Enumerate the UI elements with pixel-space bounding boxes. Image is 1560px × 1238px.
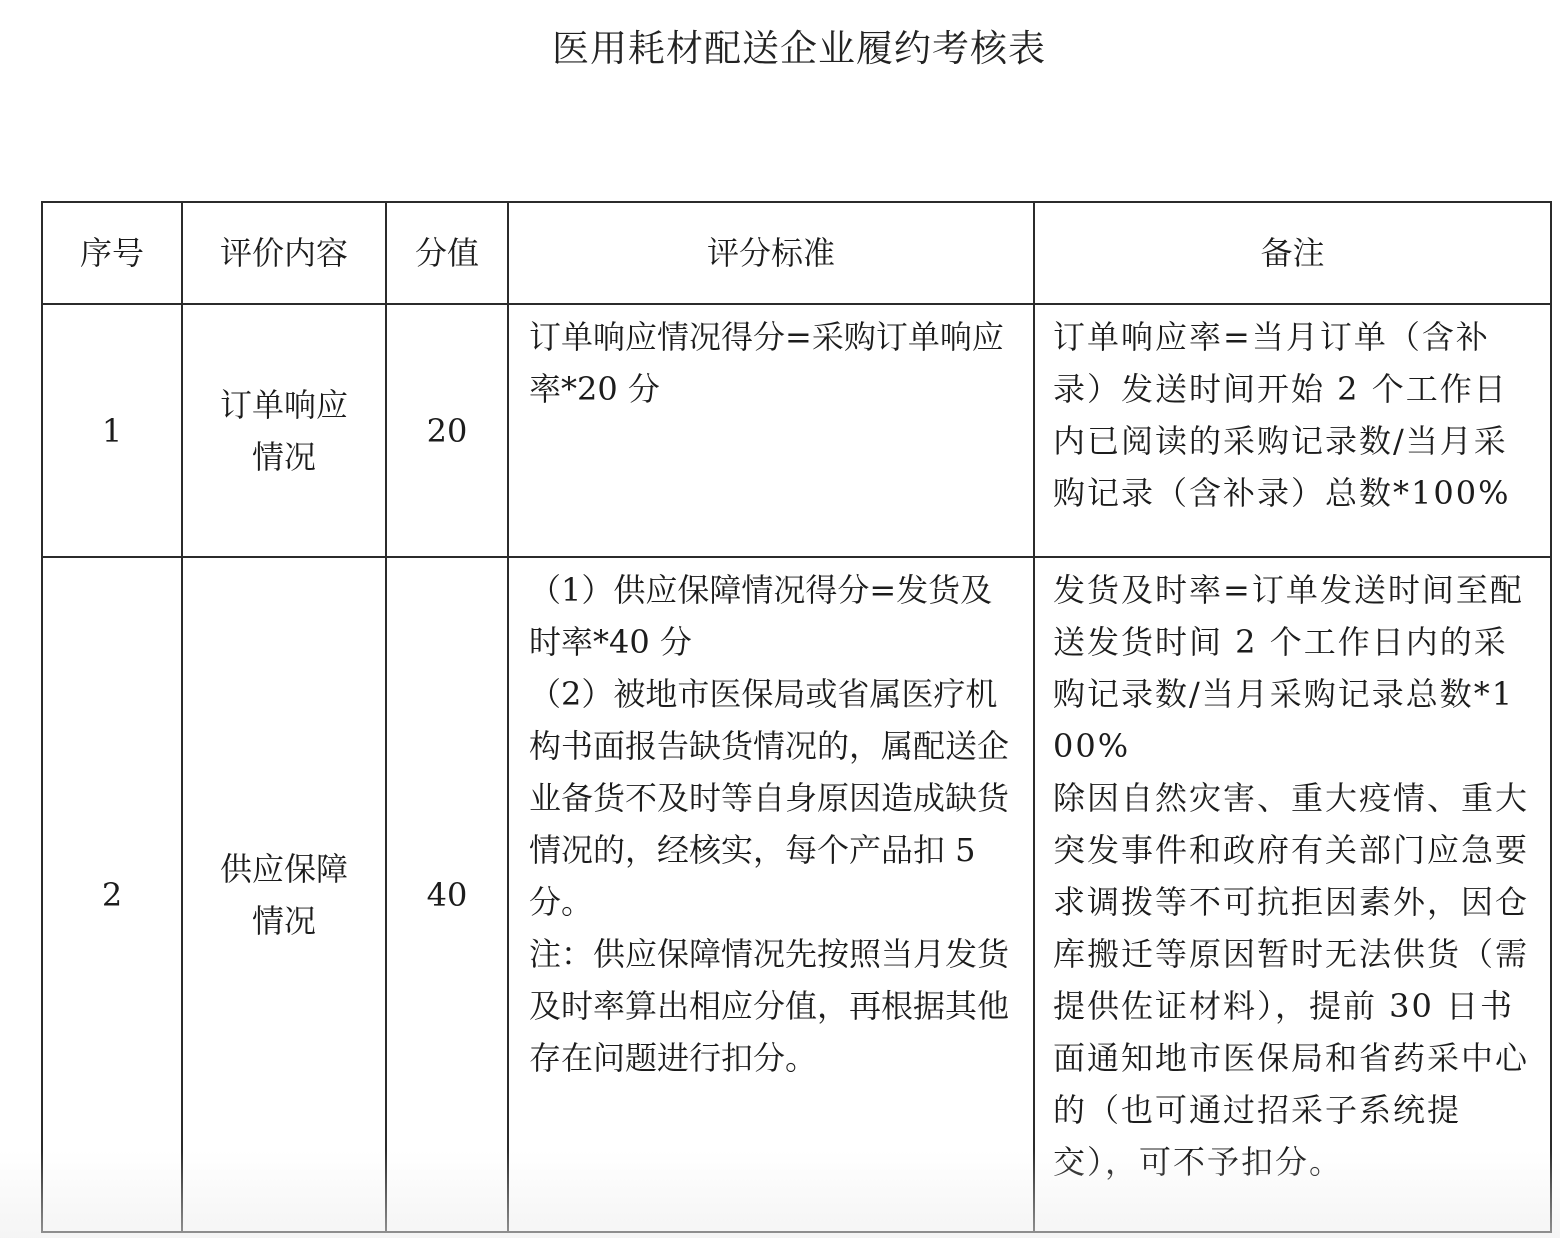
header-no: 序号 bbox=[42, 202, 182, 304]
header-content: 评价内容 bbox=[182, 202, 386, 304]
page-title: 医用耗材配送企业履约考核表 bbox=[0, 18, 1560, 72]
criteria-note: 注：供应保障情况先按照当月发货及时率算出相应分值，再根据其他存在问题进行扣分。 bbox=[529, 928, 1017, 1084]
cell-no: 2 bbox=[42, 557, 182, 1232]
evaluation-content: 供应保障情况 bbox=[209, 843, 359, 947]
criteria-item-2: （2）被地市医保局或省属医疗机构书面报告缺货情况的，属配送企业备货不及时等自身原… bbox=[529, 668, 1017, 928]
criteria-text: 订单响应情况得分=采购订单响应率*20 分 bbox=[529, 311, 1017, 415]
header-remark: 备注 bbox=[1034, 202, 1551, 304]
evaluation-content: 订单响应情况 bbox=[209, 379, 359, 483]
score-value: 40 bbox=[427, 876, 468, 914]
row-number: 2 bbox=[102, 876, 122, 914]
cell-remark: 订单响应率=当月订单（含补录）发送时间开始 2 个工作日内已阅读的采购记录数/当… bbox=[1034, 304, 1551, 557]
score-value: 20 bbox=[427, 412, 468, 450]
cell-content: 供应保障情况 bbox=[182, 557, 386, 1232]
remark-formula: 发货及时率=订单发送时间至配送发货时间 2 个工作日内的采购记录数/当月采购记录… bbox=[1053, 564, 1534, 772]
cell-no: 1 bbox=[42, 304, 182, 557]
remark-text: 订单响应率=当月订单（含补录）发送时间开始 2 个工作日内已阅读的采购记录数/当… bbox=[1053, 311, 1534, 519]
table-row: 2 供应保障情况 40 （1）供应保障情况得分=发货及时率*40 分 （2）被地… bbox=[42, 557, 1551, 1232]
criteria-item-1: （1）供应保障情况得分=发货及时率*40 分 bbox=[529, 564, 1017, 668]
cell-score: 20 bbox=[386, 304, 508, 557]
cell-criteria: （1）供应保障情况得分=发货及时率*40 分 （2）被地市医保局或省属医疗机构书… bbox=[508, 557, 1034, 1232]
assessment-table: 序号 评价内容 分值 评分标准 备注 1 订单响应情况 20 订单响应情况得分=… bbox=[41, 201, 1552, 1233]
cell-content: 订单响应情况 bbox=[182, 304, 386, 557]
table-row: 1 订单响应情况 20 订单响应情况得分=采购订单响应率*20 分 订单响应率=… bbox=[42, 304, 1551, 557]
row-number: 1 bbox=[102, 412, 122, 450]
table-header-row: 序号 评价内容 分值 评分标准 备注 bbox=[42, 202, 1551, 304]
header-score: 分值 bbox=[386, 202, 508, 304]
cell-criteria: 订单响应情况得分=采购订单响应率*20 分 bbox=[508, 304, 1034, 557]
header-criteria: 评分标准 bbox=[508, 202, 1034, 304]
cell-remark: 发货及时率=订单发送时间至配送发货时间 2 个工作日内的采购记录数/当月采购记录… bbox=[1034, 557, 1551, 1232]
cell-score: 40 bbox=[386, 557, 508, 1232]
remark-exemption: 除因自然灾害、重大疫情、重大突发事件和政府有关部门应急要求调拨等不可抗拒因素外，… bbox=[1053, 772, 1534, 1188]
